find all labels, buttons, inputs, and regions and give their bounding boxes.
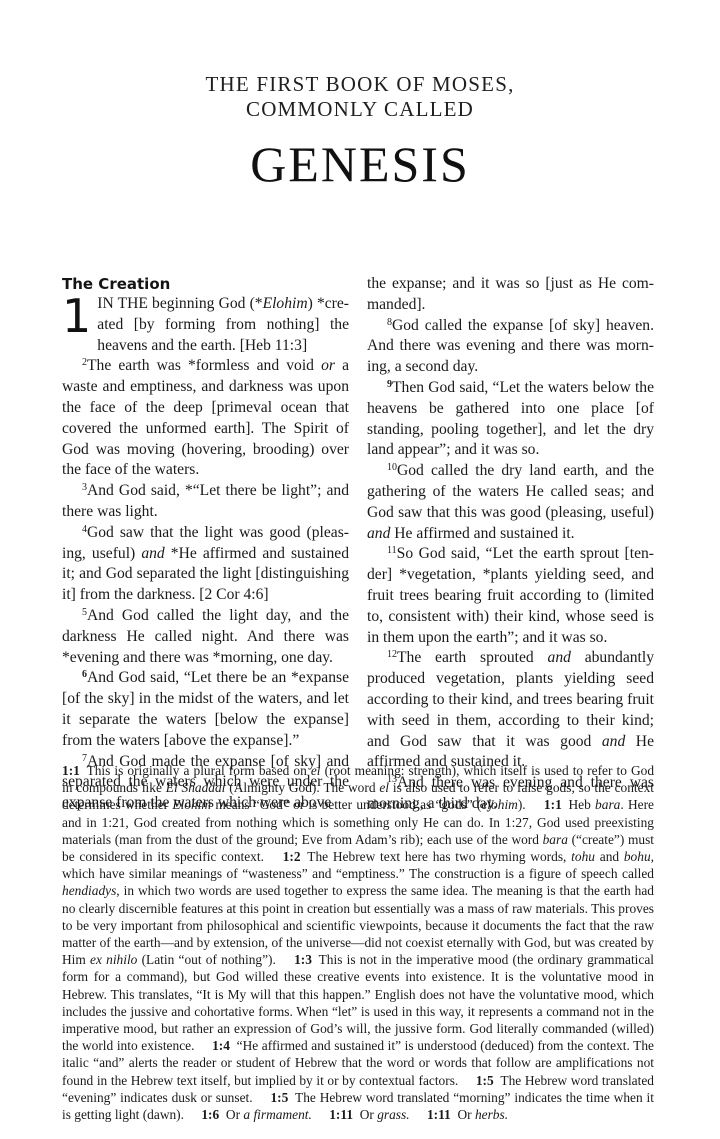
book-header: THE FIRST BOOK OF MOSES, COMMONLY CALLED… — [0, 72, 720, 192]
footnote-reference: 1:11 — [427, 1107, 451, 1122]
supertitle-line-2: COMMONLY CALLED — [0, 97, 720, 122]
verse-12: 12The earth sprouted and abundantly prod… — [367, 648, 654, 773]
verse-8: 8God called the expanse [of sky] heaven.… — [367, 316, 654, 378]
book-title: GENESIS — [0, 136, 720, 192]
verse-4: 4God saw that the light was good (pleas­… — [62, 523, 349, 606]
footnote-reference: 1:1 — [544, 797, 562, 812]
verse-10: 10God called the dry land earth, and the… — [367, 461, 654, 544]
verse-7-continued: the expanse; and it was so [just as He c… — [367, 274, 654, 316]
footnote-reference: 1:5 — [270, 1090, 288, 1105]
footnote-reference: 1:6 — [201, 1107, 219, 1122]
chapter-number: 1 — [62, 296, 91, 336]
verse-3: 3And God said, *“Let there be light”; an… — [62, 481, 349, 523]
footnote-reference: 1:1 — [62, 763, 80, 778]
supertitle-line-1: THE FIRST BOOK OF MOSES, — [0, 72, 720, 97]
footnotes: 1:1 This is originally a plural form bas… — [62, 762, 654, 1123]
verse-number: 12 — [387, 649, 397, 660]
column-left: The Creation 1IN THE beginning God (*Elo… — [62, 274, 349, 815]
verse-9: 9Then God said, “Let the waters below th… — [367, 378, 654, 461]
verse-2: 2The earth was *formless and void or a w… — [62, 356, 349, 481]
footnote-item: 1:2 The Hebrew text here has two rhyming… — [62, 849, 654, 967]
verse-1: 1IN THE beginning God (*Elohim) *cre­ate… — [62, 294, 349, 356]
verse-number: 10 — [387, 462, 397, 473]
footnote-reference: 1:5 — [476, 1073, 494, 1088]
verse-6: 6And God said, “Let there be an *expanse… — [62, 668, 349, 751]
column-right: the expanse; and it was so [just as He c… — [367, 274, 654, 815]
verse-number: 11 — [387, 545, 397, 556]
footnote-item: 1:11 Or grass. — [329, 1107, 409, 1122]
scripture-body: The Creation 1IN THE beginning God (*Elo… — [62, 274, 654, 815]
footnote-item: 1:11 Or herbs. — [427, 1107, 508, 1122]
book-supertitle: THE FIRST BOOK OF MOSES, COMMONLY CALLED — [0, 72, 720, 122]
section-heading: The Creation — [62, 274, 349, 294]
footnote-item: 1:6 Or a firmament. — [201, 1107, 311, 1122]
footnote-reference: 1:3 — [294, 952, 312, 967]
footnote-reference: 1:4 — [212, 1038, 230, 1053]
verse-5: 5And God called the light day, and the d… — [62, 606, 349, 668]
footnote-reference: 1:11 — [329, 1107, 353, 1122]
footnote-reference: 1:2 — [283, 849, 301, 864]
verse-11: 11So God said, “Let the earth sprout [te… — [367, 544, 654, 648]
